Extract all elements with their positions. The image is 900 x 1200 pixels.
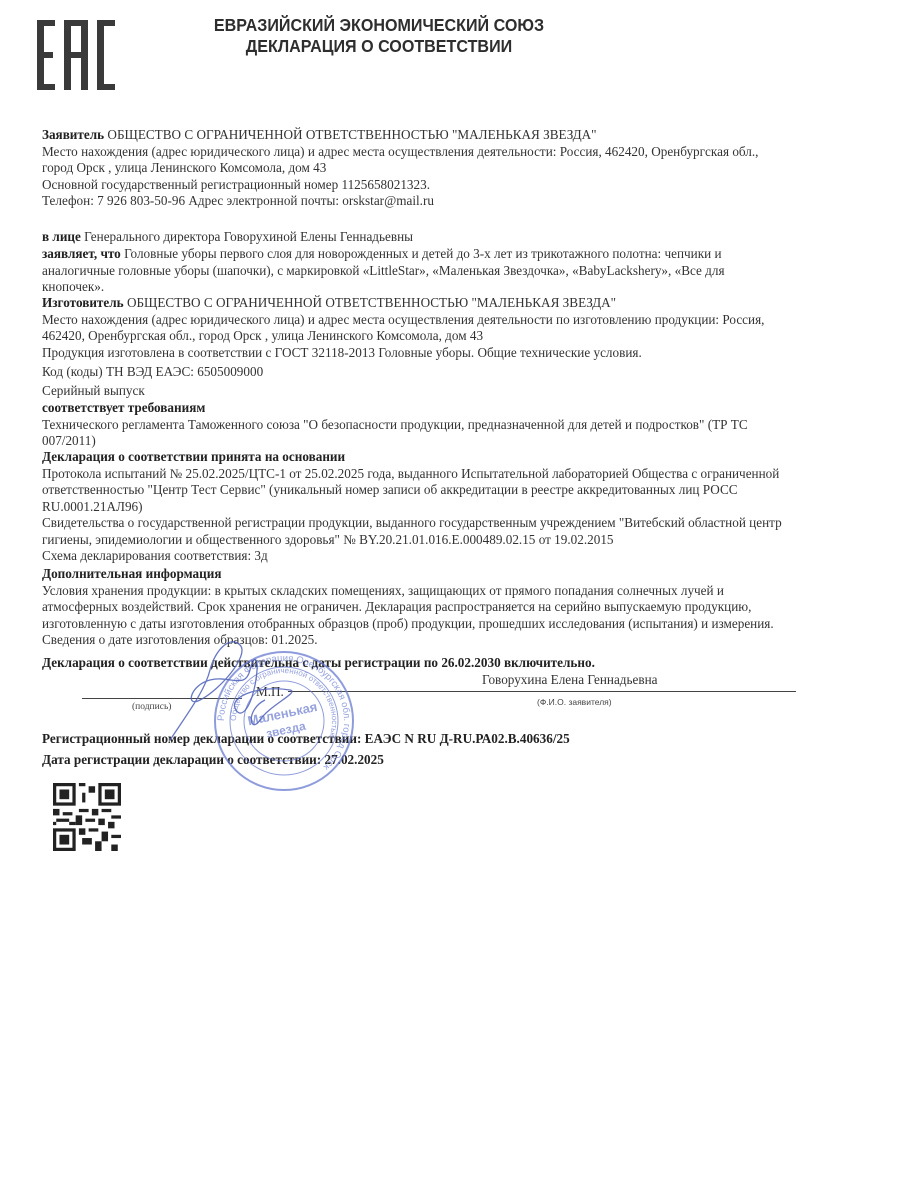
compliance-section: соответствует требованиям Технического р… (42, 400, 782, 450)
compliance-text: Технического регламента Таможенного союз… (42, 417, 782, 450)
representative-text: Генерального директора Говорухиной Елены… (81, 229, 413, 244)
applicant-address: Место нахождения (адрес юридического лиц… (42, 144, 782, 177)
signer-name: Говорухина Елена Геннадьевна (482, 672, 742, 689)
name-caption: (Ф.И.О. заявителя) (537, 697, 612, 707)
declares-label: заявляет, что (42, 246, 121, 261)
signature-scribble-icon (150, 630, 320, 750)
manufacturer-name: ОБЩЕСТВО С ОГРАНИЧЕННОЙ ОТВЕТСТВЕННОСТЬЮ… (124, 295, 616, 310)
basis-section: Декларация о соответствии принята на осн… (42, 449, 782, 565)
compliance-heading: соответствует требованиям (42, 400, 782, 417)
representative-line: в лице Генерального директора Говорухино… (42, 229, 782, 246)
header-union-title: ЕВРАЗИЙСКИЙ ЭКОНОМИЧЕСКИЙ СОЮЗ (195, 15, 563, 36)
release-type: Серийный выпуск (42, 383, 782, 400)
registration-date-line: Дата регистрации декларации о соответств… (42, 752, 842, 769)
manufacturer-standard: Продукция изготовлена в соответствии с Г… (42, 345, 782, 362)
representative-label: в лице (42, 229, 81, 244)
declares-section: заявляет, что Головные уборы первого сло… (42, 246, 782, 296)
tnved-code: Код (коды) ТН ВЭД ЕАЭС: 6505009000 (42, 364, 782, 381)
eac-logo-icon (37, 20, 117, 90)
qr-code-icon (53, 783, 121, 851)
basis-protocol: Протокола испытаний № 25.02.2025/ЦТС-1 о… (42, 466, 782, 516)
manufacturer-label: Изготовитель (42, 295, 124, 310)
basis-scheme: Схема декларирования соответствия: 3д (42, 548, 782, 565)
registration-number: ЕАЭС N RU Д-RU.РА02.В.40636/25 (365, 731, 570, 746)
basis-heading: Декларация о соответствии принята на осн… (42, 449, 782, 466)
document-header: ЕВРАЗИЙСКИЙ ЭКОНОМИЧЕСКИЙ СОЮЗ ДЕКЛАРАЦИ… (195, 15, 563, 57)
applicant-ogrn: Основной государственный регистрационный… (42, 177, 782, 194)
applicant-section: Заявитель ОБЩЕСТВО С ОГРАНИЧЕННОЙ ОТВЕТС… (42, 127, 782, 210)
declares-text: Головные уборы первого слоя для новорожд… (42, 246, 725, 294)
name-line (288, 691, 796, 692)
additional-heading: Дополнительная информация (42, 566, 782, 583)
applicant-contacts: Телефон: 7 926 803-50-96 Адрес электронн… (42, 193, 782, 210)
manufacturer-address: Место нахождения (адрес юридического лиц… (42, 312, 782, 345)
applicant-name: ОБЩЕСТВО С ОГРАНИЧЕННОЙ ОТВЕТСТВЕННОСТЬЮ… (104, 127, 596, 142)
basis-certificate: Свидетельства о государственной регистра… (42, 515, 782, 548)
applicant-label: Заявитель (42, 127, 104, 142)
manufacturer-section: Изготовитель ОБЩЕСТВО С ОГРАНИЧЕННОЙ ОТВ… (42, 295, 782, 361)
header-declaration-title: ДЕКЛАРАЦИЯ О СООТВЕТСТВИИ (195, 36, 563, 57)
